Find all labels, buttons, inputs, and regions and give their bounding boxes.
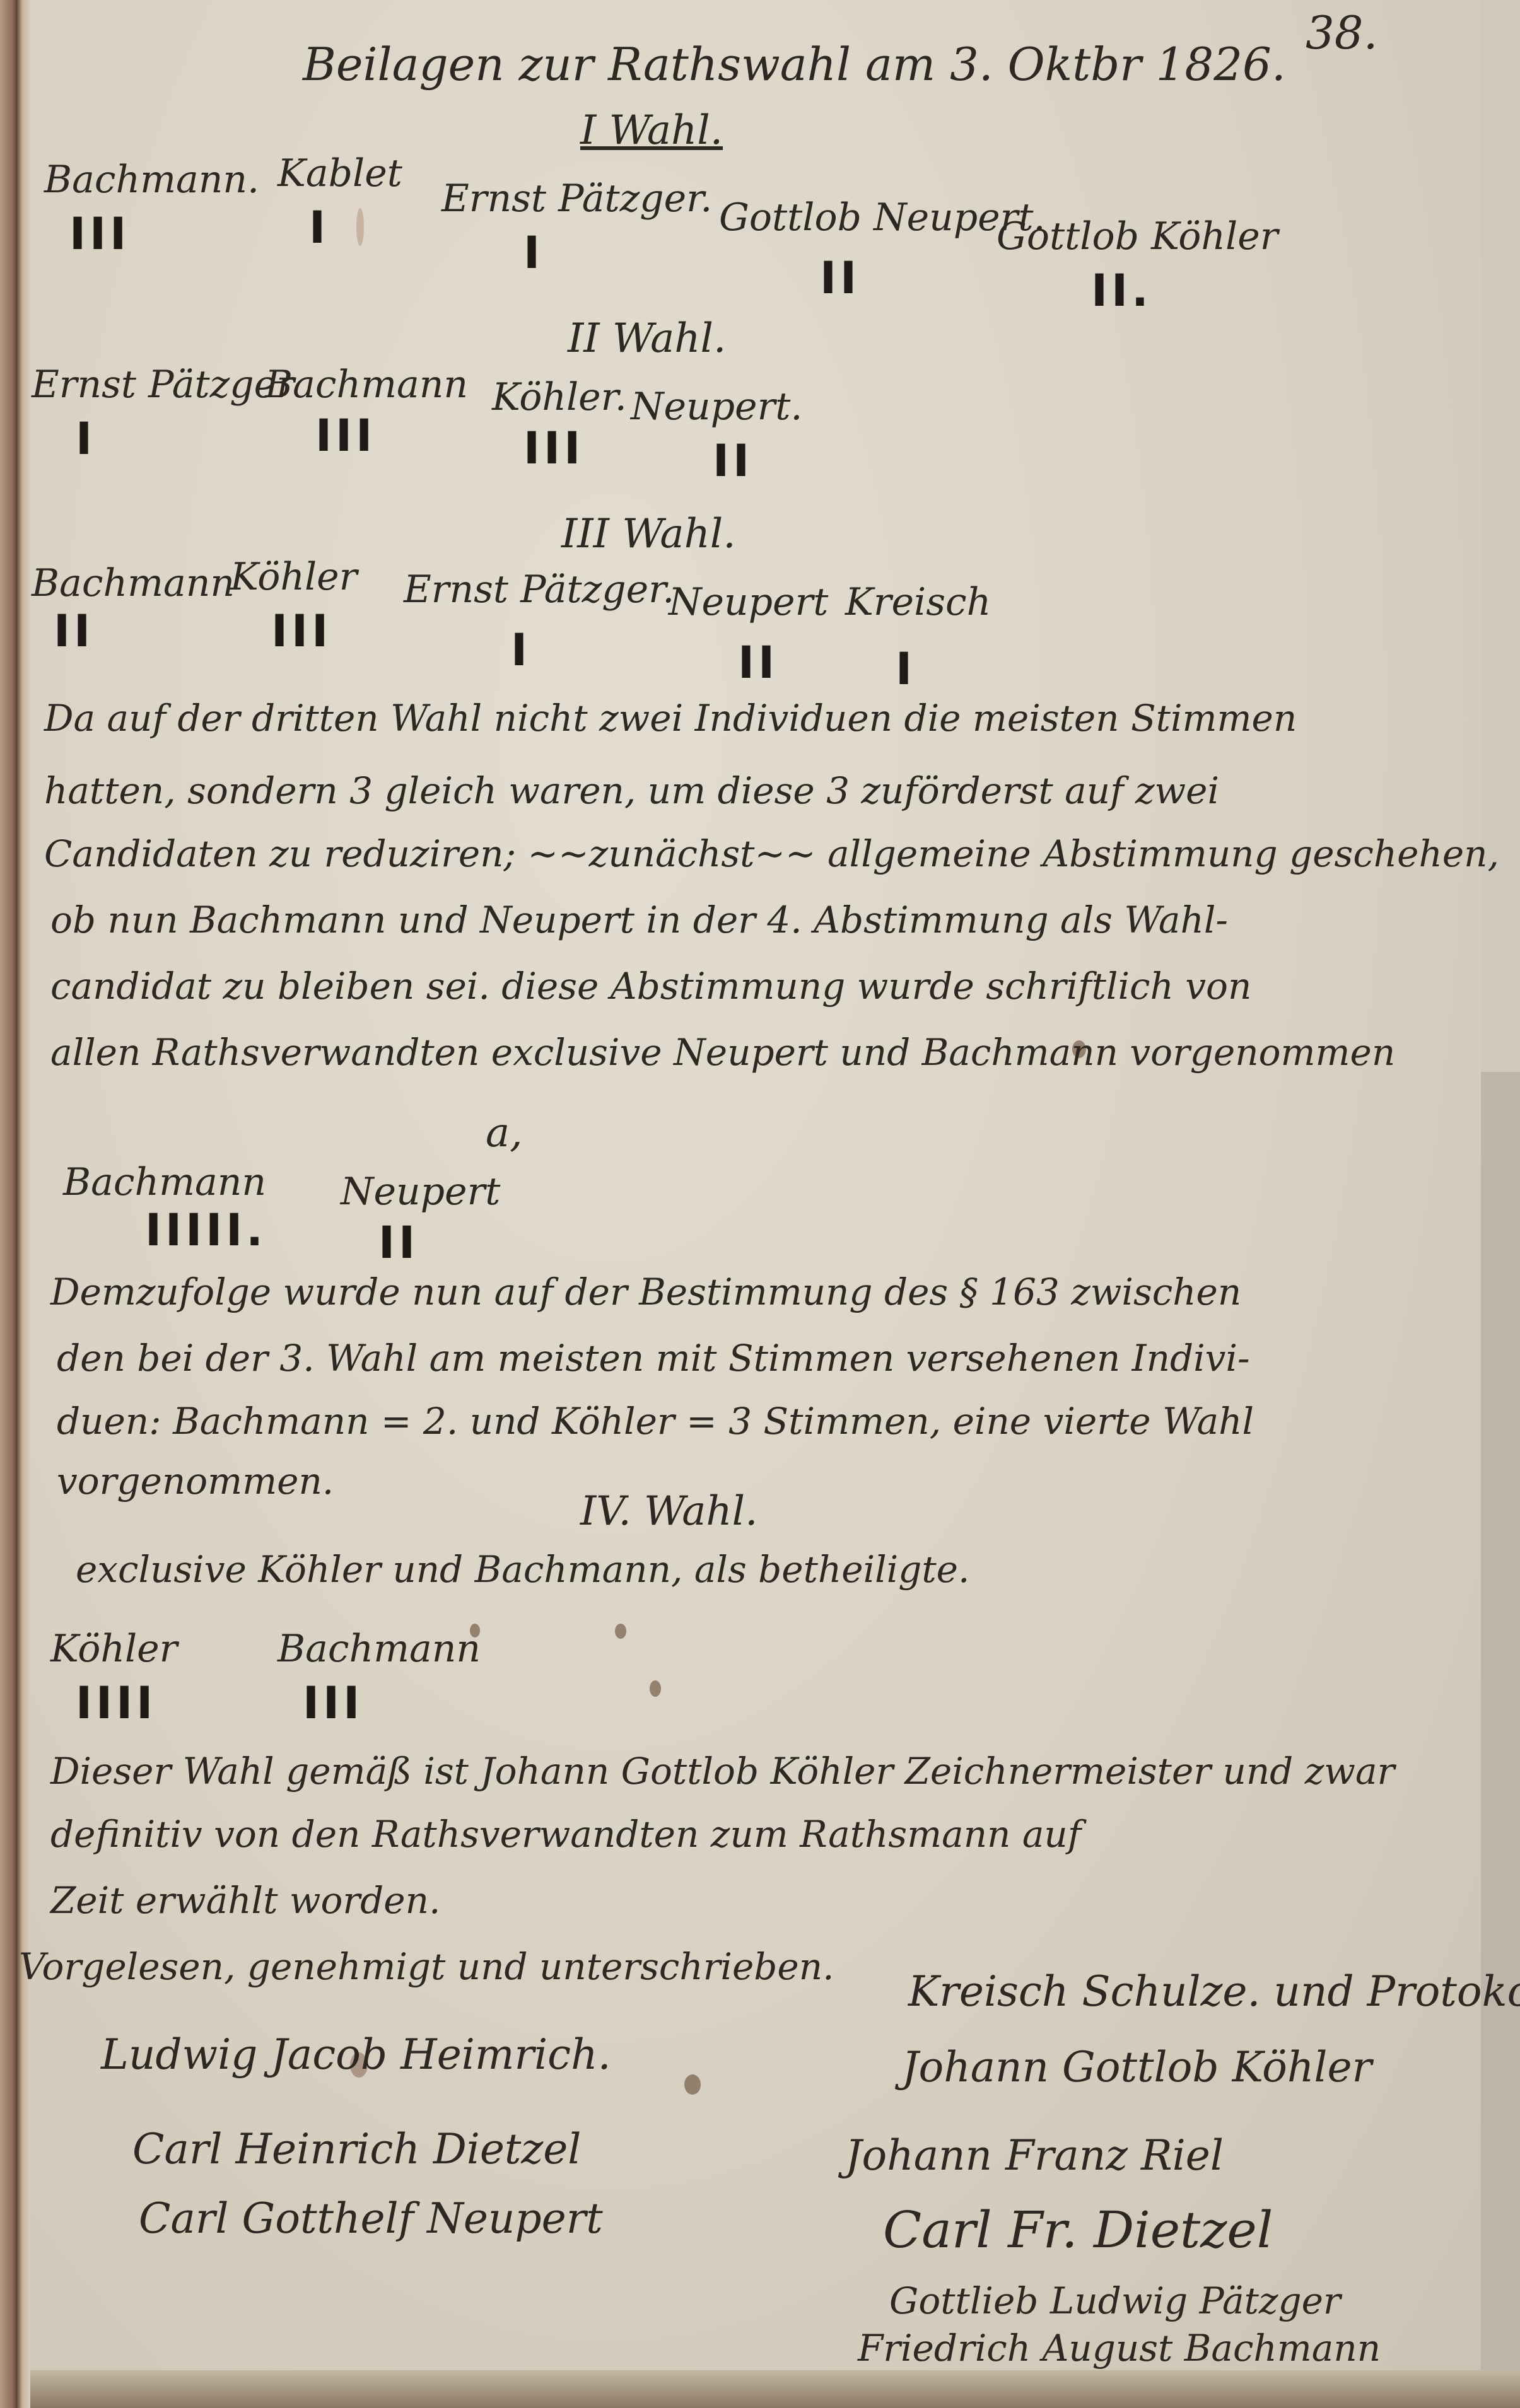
signature: Johann Gottlob Köhler xyxy=(902,2043,1372,2091)
paragraph-line: hatten, sondern 3 gleich waren, um diese… xyxy=(44,772,1219,809)
vote-tally: II xyxy=(54,605,94,657)
vote-tally: II. xyxy=(1091,265,1152,317)
signature: Ludwig Jacob Heimrich. xyxy=(101,2030,611,2079)
document-title: Beilagen zur Rathswahl am 3. Oktbr 1826. xyxy=(303,38,1286,91)
paragraph-line: candidat zu bleiben sei. diese Abstimmun… xyxy=(50,968,1251,1004)
round-1-heading: I Wahl. xyxy=(580,107,723,154)
paragraph-line: Da auf der dritten Wahl nicht zwei Indiv… xyxy=(44,700,1297,736)
candidate-name: Köhler. xyxy=(492,375,627,419)
ink-stain xyxy=(650,1680,661,1697)
candidate-name: Köhler xyxy=(50,1627,177,1671)
vote-tally: I xyxy=(309,202,329,253)
candidate-name: Neupert xyxy=(341,1170,500,1214)
signature: Friedrich August Bachmann xyxy=(858,2327,1381,2370)
round-4-heading: IV. Wahl. xyxy=(580,1488,757,1535)
vote-tally: I xyxy=(523,227,544,279)
sub-vote-label: a, xyxy=(486,1110,523,1156)
candidate-name: Bachmann xyxy=(265,363,468,407)
vote-tally: II xyxy=(713,435,753,487)
book-binding xyxy=(0,0,30,2408)
vote-tally: II xyxy=(820,252,860,304)
candidate-name: Bachmann xyxy=(63,1160,266,1204)
paragraph-line: Candidaten zu reduziren; ~~zunächst~~ al… xyxy=(44,835,1499,872)
vote-tally: I xyxy=(511,624,531,676)
paragraph-line: allen Rathsverwandten exclusive Neupert … xyxy=(50,1034,1395,1071)
signature: Carl Gotthelf Neupert xyxy=(139,2194,603,2243)
candidate-name: Ernst Pätzger. xyxy=(404,567,674,612)
paragraph-line: Dieser Wahl gemäß ist Johann Gottlob Köh… xyxy=(50,1753,1394,1789)
vote-tally: IIIII. xyxy=(145,1204,267,1256)
ink-stain xyxy=(684,2074,701,2095)
candidate-name: Bachmann xyxy=(278,1627,481,1671)
vote-tally: II xyxy=(378,1217,419,1269)
paragraph-line: Zeit erwählt worden. xyxy=(50,1882,440,1919)
paragraph-line: ob nun Bachmann und Neupert in der 4. Ab… xyxy=(50,902,1228,938)
ink-stain xyxy=(356,208,364,246)
paragraph-line: den bei der 3. Wahl am meisten mit Stimm… xyxy=(57,1340,1250,1376)
round-2-heading: II Wahl. xyxy=(568,315,726,362)
paragraph-line: vorgenommen. xyxy=(57,1463,334,1499)
round-4-note: exclusive Köhler und Bachmann, als bethe… xyxy=(76,1551,969,1588)
vote-tally: I xyxy=(896,643,916,695)
vote-tally: III xyxy=(303,1677,363,1729)
signature: Kreisch Schulze. und Protokollant xyxy=(908,1967,1520,2016)
candidate-name: Neupert xyxy=(669,580,828,624)
vote-tally: IIII xyxy=(76,1677,156,1729)
paragraph-line: definitiv von den Rathsverwandten zum Ra… xyxy=(50,1816,1081,1853)
page-bottom-edge xyxy=(30,2370,1520,2408)
candidate-name: Kreisch xyxy=(845,580,991,624)
candidate-name: Neupert. xyxy=(631,385,802,429)
paragraph-line: Demzufolge wurde nun auf der Bestimmung … xyxy=(50,1274,1241,1310)
closing-statement: Vorgelesen, genehmigt und unterschrieben… xyxy=(19,1948,834,1985)
signature: Carl Heinrich Dietzel xyxy=(132,2125,581,2173)
candidate-name: Bachmann. xyxy=(44,158,259,202)
paragraph-line: duen: Bachmann = 2. und Köhler = 3 Stimm… xyxy=(57,1403,1254,1440)
ink-stain xyxy=(615,1624,626,1639)
candidate-name: Gottlob Köhler xyxy=(997,214,1278,259)
candidate-name: Ernst Pätzger xyxy=(32,363,295,407)
candidate-name: Kablet xyxy=(278,151,402,195)
vote-tally: III xyxy=(315,410,376,462)
candidate-name: Köhler xyxy=(230,555,357,599)
page-number: 38. xyxy=(1306,6,1378,59)
signature: Gottlieb Ludwig Pätzger xyxy=(889,2279,1341,2322)
vote-tally: I xyxy=(76,413,96,465)
vote-tally: III xyxy=(69,208,130,260)
candidate-name: Ernst Pätzger. xyxy=(441,177,712,221)
vote-tally: III xyxy=(271,605,332,657)
round-3-heading: III Wahl. xyxy=(561,511,736,557)
signature: Carl Fr. Dietzel xyxy=(883,2201,1273,2259)
vote-tally: III xyxy=(523,422,584,474)
signature: Johann Franz Riel xyxy=(845,2131,1224,2180)
vote-tally: II xyxy=(738,637,778,689)
candidate-name: Bachmann xyxy=(32,561,235,605)
